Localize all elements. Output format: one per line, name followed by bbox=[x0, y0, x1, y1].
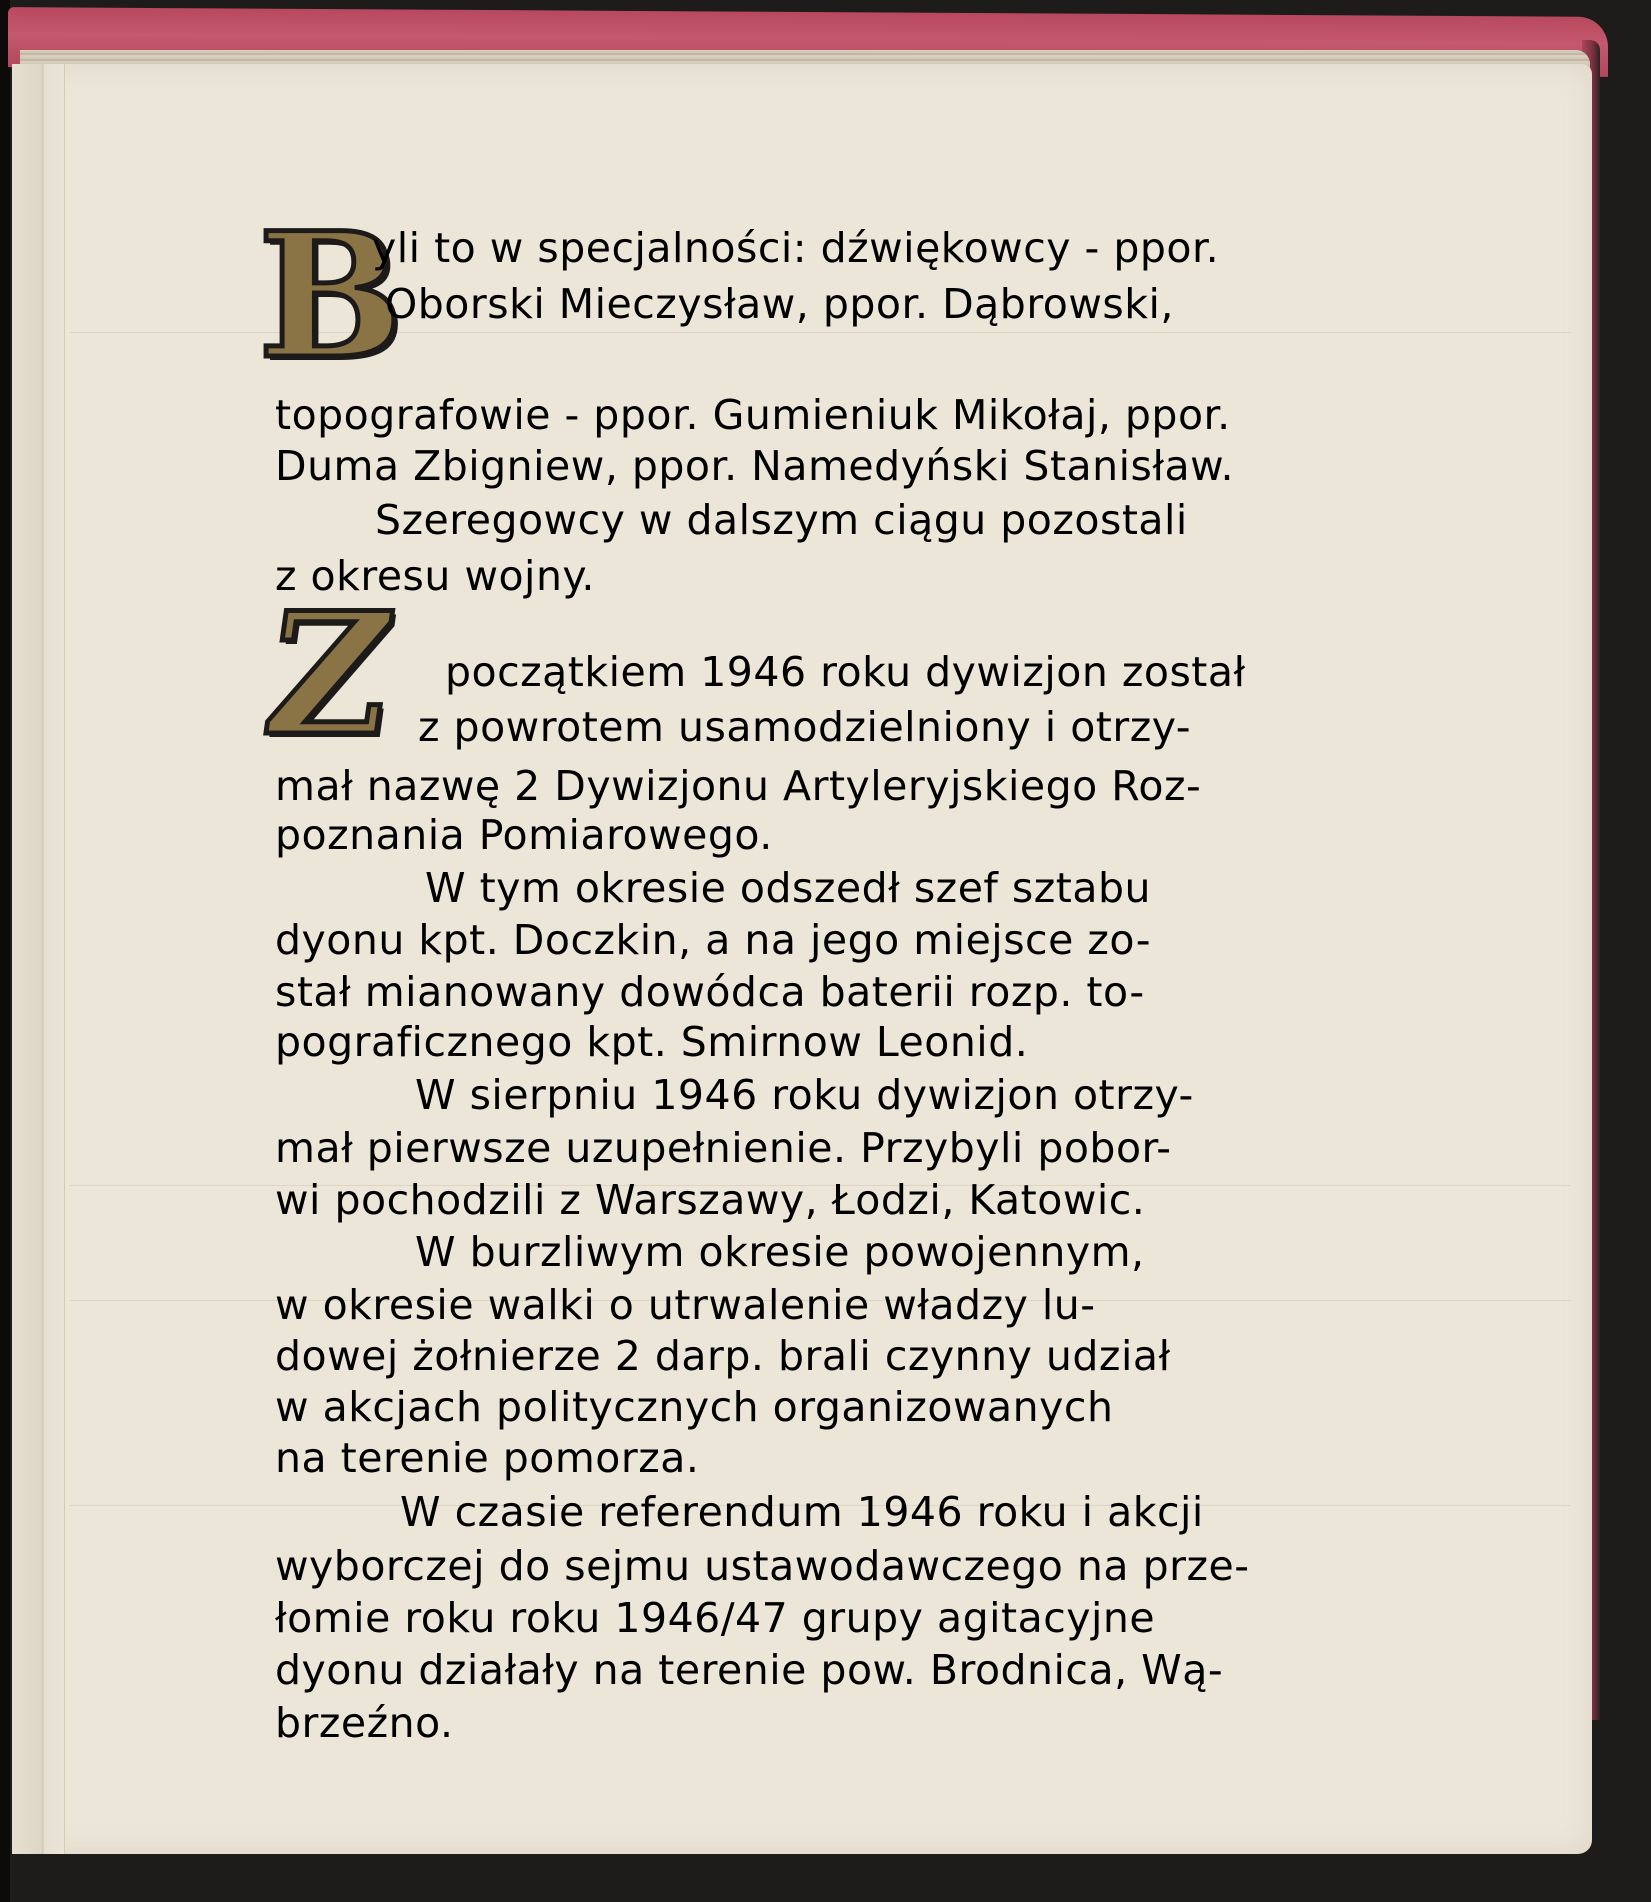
text-line: wi pochodzili z Warszawy, Łodzi, Katowic… bbox=[275, 1180, 1145, 1221]
text-line: yli to w specjalności: dźwiękowcy - ppor… bbox=[372, 228, 1219, 269]
text-line: mał nazwę 2 Dywizjonu Artyleryjskiego Ro… bbox=[275, 766, 1201, 807]
text-line: na terenie pomorza. bbox=[275, 1438, 699, 1479]
text-line: W tym okresie odszedł szef sztabu bbox=[425, 868, 1151, 909]
drop-cap-z: Z bbox=[256, 590, 402, 758]
text-line: początkiem 1946 roku dywizjon został bbox=[445, 652, 1246, 693]
text-line: W burzliwym okresie powojennym, bbox=[415, 1232, 1145, 1273]
text-line: pograficznego kpt. Smirnow Leonid. bbox=[275, 1022, 1028, 1063]
text-line: dowej żołnierze 2 darp. brali czynny udz… bbox=[275, 1336, 1171, 1377]
text-line: stał mianowany dowódca baterii rozp. to- bbox=[275, 972, 1145, 1013]
text-line: łomie roku roku 1946/47 grupy agitacyjne bbox=[275, 1598, 1155, 1639]
text-line: z okresu wojny. bbox=[275, 556, 595, 597]
text-line: dyonu działały na terenie pow. Brodnica,… bbox=[275, 1650, 1223, 1691]
page-gutter bbox=[12, 64, 65, 1854]
text-line: Duma Zbigniew, ppor. Namedyński Stanisła… bbox=[275, 446, 1234, 487]
text-line: topografowie - ppor. Gumieniuk Mikołaj, … bbox=[275, 395, 1231, 436]
text-line: poznania Pomiarowego. bbox=[275, 815, 773, 856]
text-line: dyonu kpt. Doczkin, a na jego miejsce zo… bbox=[275, 920, 1151, 961]
text-line: w okresie walki o utrwalenie władzy lu- bbox=[275, 1285, 1096, 1326]
text-line: W czasie referendum 1946 roku i akcji bbox=[400, 1492, 1204, 1533]
text-line: Szeregowcy w dalszym ciągu pozostali bbox=[375, 500, 1188, 541]
text-line: mał pierwsze uzupełnienie. Przybyli pobo… bbox=[275, 1128, 1172, 1169]
text-line: brzeźno. bbox=[275, 1703, 454, 1744]
text-line: W sierpniu 1946 roku dywizjon otrzy- bbox=[415, 1075, 1194, 1116]
text-line: Oborski Mieczysław, ppor. Dąbrowski, bbox=[385, 284, 1174, 325]
text-line: z powrotem usamodzielniony i otrzy- bbox=[418, 707, 1191, 748]
scan-background-edge bbox=[0, 0, 10, 1902]
text-line: w akcjach politycznych organizowanych bbox=[275, 1387, 1113, 1428]
text-line: wyborczej do sejmu ustawodawczego na prz… bbox=[275, 1546, 1250, 1587]
